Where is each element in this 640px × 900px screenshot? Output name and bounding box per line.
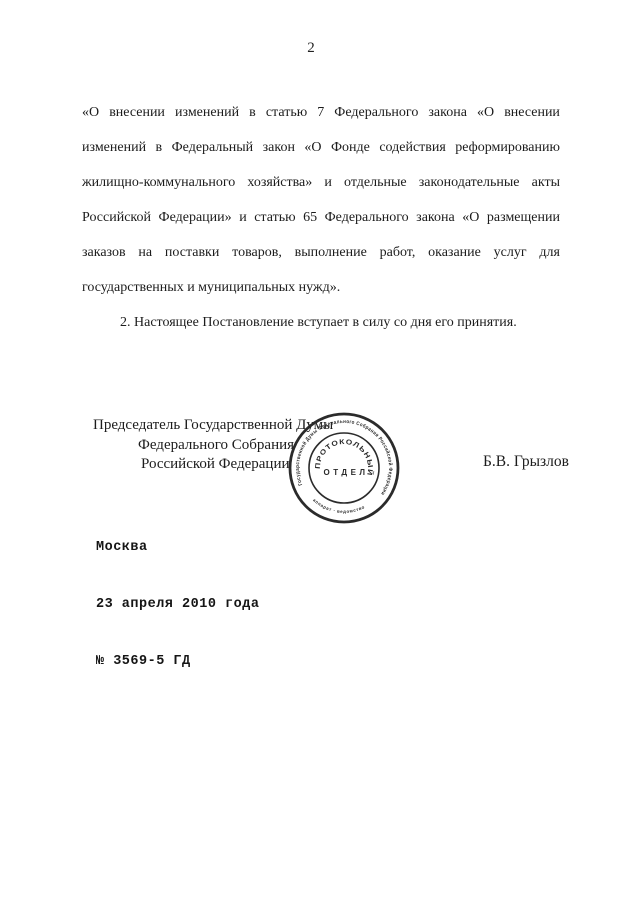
signature-title-line3: Российской Федерации [141,456,290,473]
stamp-ring-text: Государственной Думы Федерального Собран… [292,413,399,499]
signature-name: Б.В. Грызлов [483,453,569,471]
round-seal-stamp: Государственной Думы Федерального Собран… [274,398,414,538]
footer-city: Москва [96,538,259,557]
stamp-inner-center-text: ОТДЕЛ [323,468,368,477]
paragraph1-line: измененийвФедеральныйзакон«ОФондесодейст… [82,130,560,165]
page-number: 2 [0,40,622,57]
footer-block: Москва 23 апреля 2010 года № 3569-5 ГД [96,500,259,709]
document-page: 2 «Овнесенииизмененийвстатью7Федеральног… [0,0,640,900]
paragraph1-line: заказовнапоставкитоваров,выполнениеработ… [82,235,560,270]
stamp-seal-icon: Государственной Думы Федерального Собран… [274,398,414,538]
paragraph1-line: «Овнесенииизмененийвстатью7Федеральногоз… [82,95,560,130]
footer-doc-number: № 3569-5 ГД [96,652,259,671]
paragraph2: 2. Настоящее Постановление вступает в си… [82,305,560,340]
paragraph1-line: РоссийскойФедерации»истатью65Федеральног… [82,200,560,235]
resolution-body: «Овнесенииизмененийвстатью7Федеральногоз… [82,95,560,340]
signature-title-line2: Федерального Собрания [138,437,294,454]
paragraph1-line: жилищно-коммунальногохозяйства»иотдельны… [82,165,560,200]
svg-text:Государственной Думы Федеральн: Государственной Думы Федерального Собран… [292,413,399,499]
footer-date: 23 апреля 2010 года [96,595,259,614]
paragraph1-last-line: государственных и муниципальных нужд». [82,270,560,305]
